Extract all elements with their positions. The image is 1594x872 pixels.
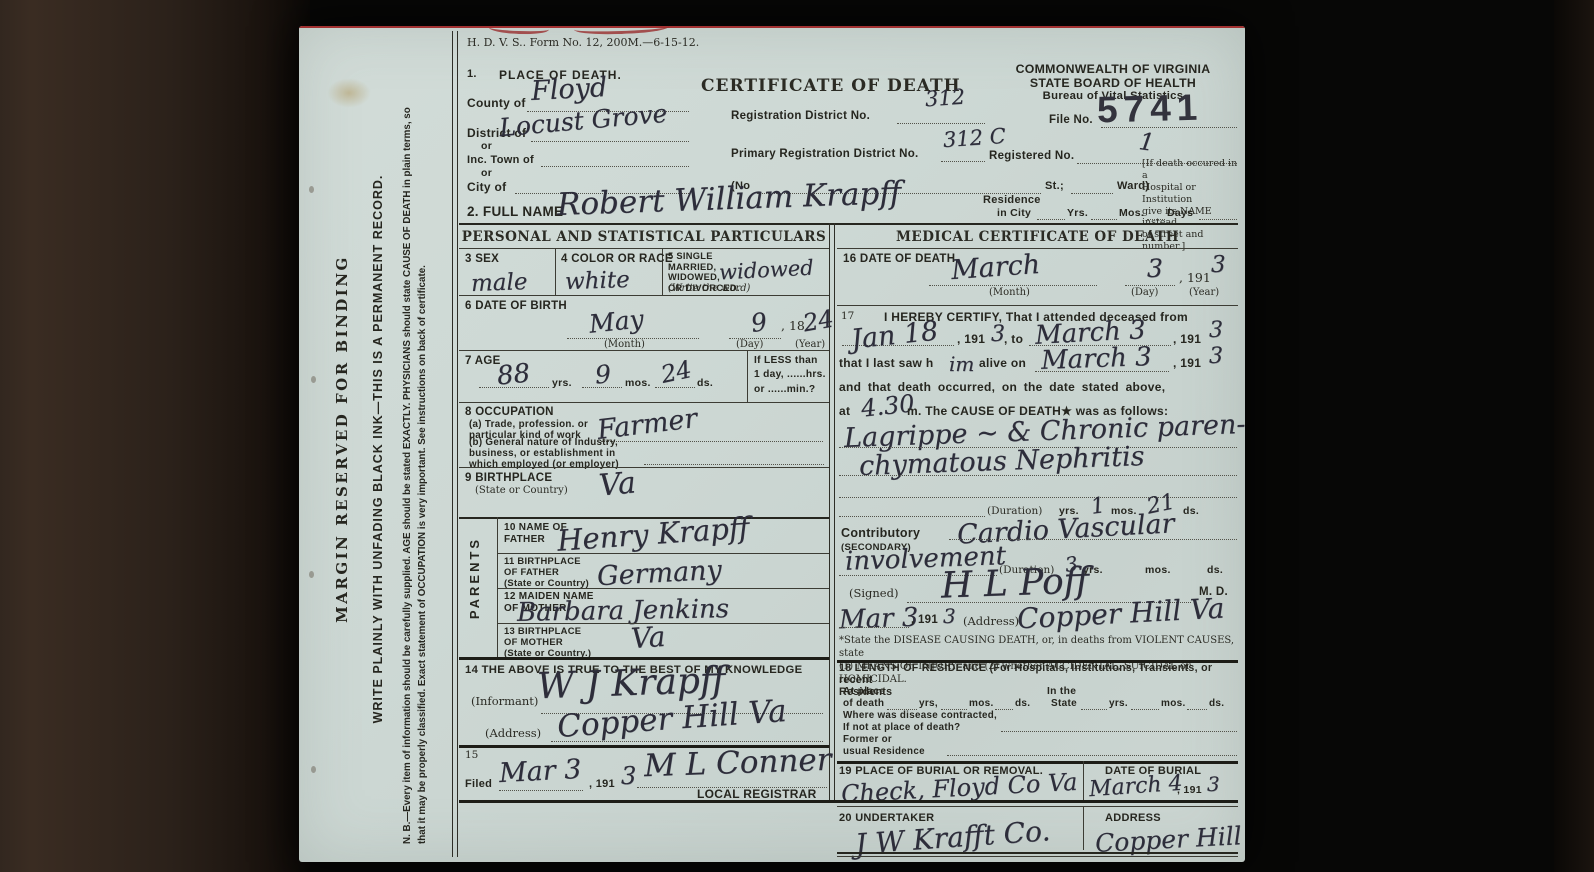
father-birthplace-label: 11 BIRTHPLACE OF FATHER (State or Countr… — [504, 556, 589, 588]
filed-year-printed: , 191 — [589, 778, 615, 790]
file-no-stamped-value: 5741 — [1096, 87, 1203, 132]
full-name-handwritten-value: Robert William Krapff — [557, 178, 902, 221]
birthplace-label: 9 BIRTHPLACE — [465, 472, 552, 484]
dotted-line — [1001, 730, 1237, 732]
father-name-handwritten-value: Henry Krapff — [556, 513, 750, 555]
leather-background-right — [1554, 0, 1594, 872]
rule — [459, 248, 829, 249]
dotted-line — [1081, 708, 1107, 710]
days-label: Days — [1167, 207, 1193, 219]
dotted-line — [995, 708, 1013, 710]
mos-unit-label: mos. — [969, 698, 994, 709]
him-handwritten-value: im — [949, 354, 974, 374]
physician-address-value: Copper Hill Va — [1016, 595, 1225, 634]
registered-no-label: Registered No. — [989, 150, 1074, 162]
certify-line2b: alive on — [979, 356, 1026, 370]
birth-month-value: May — [588, 306, 645, 337]
occupation-b-label: (b) General nature of Industry, business… — [469, 438, 619, 470]
ds-unit-label: ds. — [1183, 505, 1199, 517]
item-1-number: 1. — [467, 68, 477, 80]
binding-hole — [311, 376, 316, 383]
yrs-label: Yrs. — [1067, 207, 1088, 219]
mother-birthplace-handwritten-value: Va — [630, 623, 666, 653]
state-label: State — [1051, 698, 1077, 709]
or-word: or — [481, 167, 492, 179]
marital-handwritten-value: widowed — [719, 258, 815, 284]
dotted-line — [1131, 708, 1159, 710]
death-year-value: 3 — [1211, 254, 1226, 277]
form-number: H. D. V. S.. Form No. 12, 200M.—6-15-12. — [467, 36, 699, 49]
photo-backdrop: MARGIN RESERVED FOR BINDING WRITE PLAINL… — [0, 0, 1594, 872]
registration-district-value: 312 — [924, 87, 965, 111]
signed-year-value: 3 — [943, 606, 956, 626]
dotted-line — [644, 463, 824, 465]
red-edge-line — [299, 26, 1245, 28]
margin-write-plainly-text: WRITE PLAINLY WITH UNFADING BLACK INK—TH… — [371, 64, 385, 834]
dotted-line — [949, 538, 1237, 540]
parents-vertical-label: PARENTS — [467, 522, 482, 634]
inc-town-label: Inc. Town of — [467, 154, 534, 166]
address-label: (Address) — [963, 614, 1019, 628]
cell-divider — [555, 248, 556, 295]
full-name-label: 2. FULL NAME — [467, 204, 563, 219]
birth-year-value: 24 — [801, 307, 835, 336]
birthplace-caption: (State or Country) — [475, 485, 568, 496]
month-caption: (Month) — [989, 287, 1030, 298]
last-seen-year-value: 3 — [1209, 346, 1223, 368]
ds-unit-label: ds. — [697, 377, 713, 389]
margin-nb-note: N. B.—Every item of information should b… — [400, 99, 430, 844]
primary-registration-label: Primary Registration District No. — [731, 148, 919, 160]
rule — [459, 295, 829, 296]
filed-date-handwritten-value: Mar 3 — [498, 756, 582, 787]
rule — [459, 350, 829, 351]
attended-to-year-value: 3 — [1209, 320, 1223, 342]
dotted-line — [655, 386, 695, 388]
dotted-line — [839, 496, 1237, 498]
dotted-line — [839, 626, 909, 628]
dotted-line — [897, 122, 985, 124]
local-registrar-label: LOCAL REGISTRAR — [697, 787, 817, 801]
ds-unit-label: ds. — [1209, 698, 1224, 709]
dotted-line — [839, 515, 985, 517]
burial-year-value: 3 — [1207, 774, 1220, 794]
county-label: County of — [467, 96, 526, 110]
undertaker-address-label: ADDRESS — [1105, 812, 1161, 824]
rule — [498, 588, 829, 589]
red-pen-mark — [489, 26, 549, 35]
birthplace-handwritten-value: Va — [598, 468, 637, 501]
marital-caption: (Write the word) — [668, 283, 750, 294]
day-caption: (Day) — [736, 339, 763, 350]
disease-contracted-label: Where was disease contracted, If not at … — [843, 710, 997, 733]
age-days-value: 24 — [659, 357, 694, 387]
registration-district-label: Registration District No. — [731, 110, 870, 122]
year-printed: , 191 — [957, 332, 985, 346]
month-caption: (Month) — [604, 339, 645, 350]
birth-day-value: 9 — [749, 309, 768, 336]
rule — [837, 852, 1238, 854]
dotted-line — [1035, 370, 1169, 372]
attended-from-date-value: Jan 18 — [850, 318, 940, 354]
color-race-label: 4 COLOR OR RACE — [561, 253, 673, 265]
leather-background — [0, 0, 310, 872]
dotted-line — [929, 284, 1097, 286]
signed-date-handwritten-value: Mar 3 — [839, 605, 919, 634]
item-15-number: 15 — [465, 749, 478, 761]
registered-no-value: 1 — [1137, 129, 1155, 155]
file-no-label: File No. — [1049, 114, 1093, 126]
to-word: , to — [1004, 332, 1023, 346]
dotted-line — [582, 386, 622, 388]
in-city-label: in City — [997, 207, 1031, 219]
sex-handwritten-value: male — [471, 271, 528, 296]
filed-label: Filed — [465, 778, 492, 790]
item-17-number: 17 — [841, 310, 854, 322]
former-residence-label: Former or usual Residence — [843, 734, 925, 757]
yrs-unit-label: yrs, — [919, 698, 938, 709]
length-of-residence-label: 18 LENGTH OF RESIDENCE (For Hospitals, I… — [839, 663, 1245, 699]
dotted-line — [941, 160, 985, 162]
date-of-birth-label: 6 DATE OF BIRTH — [465, 300, 567, 312]
mother-birthplace-label: 13 BIRTHPLACE OF MOTHER (State or Countr… — [504, 626, 591, 658]
attended-from-year-value: 3 — [991, 324, 1005, 346]
contributory-label: Contributory — [841, 526, 920, 540]
binding-hole — [309, 571, 314, 578]
date-of-death-label: 16 DATE OF DEATH — [843, 253, 955, 265]
rule — [837, 761, 1238, 764]
day-caption: (Day) — [1131, 287, 1158, 298]
yrs-unit-label: yrs. — [1109, 698, 1128, 709]
death-year-printed: , 191 — [1179, 270, 1211, 285]
dotted-line — [1037, 218, 1065, 220]
if-less-than-note: If LESS than 1 day, ......hrs. or ......… — [754, 354, 826, 397]
occupation-label: 8 OCCUPATION — [465, 406, 554, 418]
st-label: St.; — [1045, 180, 1064, 192]
rule — [459, 657, 829, 660]
certificate-title: CERTIFICATE OF DEATH — [701, 76, 961, 96]
ds-unit-label: ds. — [1207, 564, 1223, 576]
rule — [459, 467, 829, 468]
dotted-line — [947, 754, 1237, 756]
rule — [459, 402, 829, 403]
year-printed: , 191 — [1173, 332, 1201, 346]
burial-year-printed: , 191 — [1177, 784, 1202, 796]
county-handwritten-value: Floyd — [530, 74, 607, 105]
burial-cell-divider — [1083, 761, 1084, 802]
sex-label: 3 SEX — [465, 253, 499, 265]
father-birthplace-handwritten-value: Germany — [596, 557, 722, 590]
year-caption: (Year) — [1189, 287, 1219, 298]
death-day-value: 3 — [1147, 256, 1163, 281]
dotted-line — [531, 140, 689, 142]
filed-year-handwritten-value: 3 — [621, 764, 636, 788]
registrar-signature-value: M L Conner — [644, 745, 832, 783]
undertaker-cell-divider — [1083, 806, 1084, 850]
at-word: at — [839, 404, 850, 418]
binding-hole — [309, 186, 314, 193]
rule — [459, 223, 1238, 225]
medical-section-header: MEDICAL CERTIFICATE OF DEATH — [837, 229, 1238, 245]
ds-unit-label: ds. — [1015, 698, 1030, 709]
residence-label: Residence — [983, 194, 1041, 206]
dotted-line — [1199, 218, 1237, 220]
age-months-value: 9 — [594, 361, 612, 387]
cell-divider — [747, 350, 748, 402]
dotted-line — [1125, 284, 1175, 286]
of-death-label: of death — [843, 698, 884, 709]
rule — [837, 806, 1238, 807]
mos-unit-label: mos. — [1161, 698, 1186, 709]
signed-label: (Signed) — [849, 586, 898, 600]
mother-name-handwritten-value: Barbara Jenkins — [517, 596, 730, 626]
yrs-unit-label: yrs. — [552, 377, 572, 389]
in-the-label: In the — [1047, 686, 1076, 697]
dotted-line — [1071, 192, 1113, 194]
dotted-line — [1147, 218, 1165, 220]
birth-year-printed: , 18 — [781, 318, 805, 333]
form-bottom-rule — [459, 800, 1238, 803]
margin-binding-text: MARGIN RESERVED FOR BINDING — [333, 84, 351, 794]
dotted-line — [1091, 218, 1117, 220]
personal-section-header: PERSONAL AND STATISTICAL PARTICULARS — [459, 229, 829, 245]
rule — [837, 856, 1238, 857]
dotted-line — [541, 165, 689, 167]
dotted-line — [1187, 708, 1207, 710]
or-word: or — [481, 140, 492, 152]
city-label: City of — [467, 180, 506, 194]
parents-cell-divider — [497, 517, 498, 657]
dotted-line — [839, 474, 1237, 476]
informant-label: (Informant) — [471, 694, 538, 708]
at-place-label: At place — [843, 686, 885, 697]
primary-registration-value: 312 C — [942, 126, 1006, 151]
date-of-burial-handwritten-value: March 4 — [1088, 773, 1183, 801]
undertaker-address-handwritten-value: Copper Hill Va — [1094, 821, 1245, 856]
mos-label: Mos. — [1119, 207, 1144, 219]
form-left-double-rule — [452, 31, 458, 857]
mos-unit-label: mos. — [1145, 564, 1171, 576]
red-pen-mark — [574, 26, 669, 36]
death-month-value: March — [950, 251, 1041, 284]
signed-year-printed: , 191 — [911, 614, 938, 626]
dotted-line — [499, 789, 583, 791]
rule — [837, 305, 1238, 306]
dotted-line — [479, 386, 549, 388]
year-printed: , 191 — [1173, 356, 1201, 370]
certify-line2a: that I last saw h — [839, 356, 933, 370]
mos-unit-label: mos. — [625, 377, 651, 389]
informant-address-label: (Address) — [485, 726, 541, 740]
color-race-handwritten-value: white — [565, 269, 630, 294]
physician-signature-value: H L Poff — [940, 563, 1089, 604]
year-caption: (Year) — [795, 339, 825, 350]
binding-hole — [311, 766, 316, 773]
agency-line1: COMMONWEALTH OF VIRGINIA — [987, 62, 1239, 76]
rule — [498, 553, 829, 554]
death-certificate-document: MARGIN RESERVED FOR BINDING WRITE PLAINL… — [299, 26, 1245, 862]
